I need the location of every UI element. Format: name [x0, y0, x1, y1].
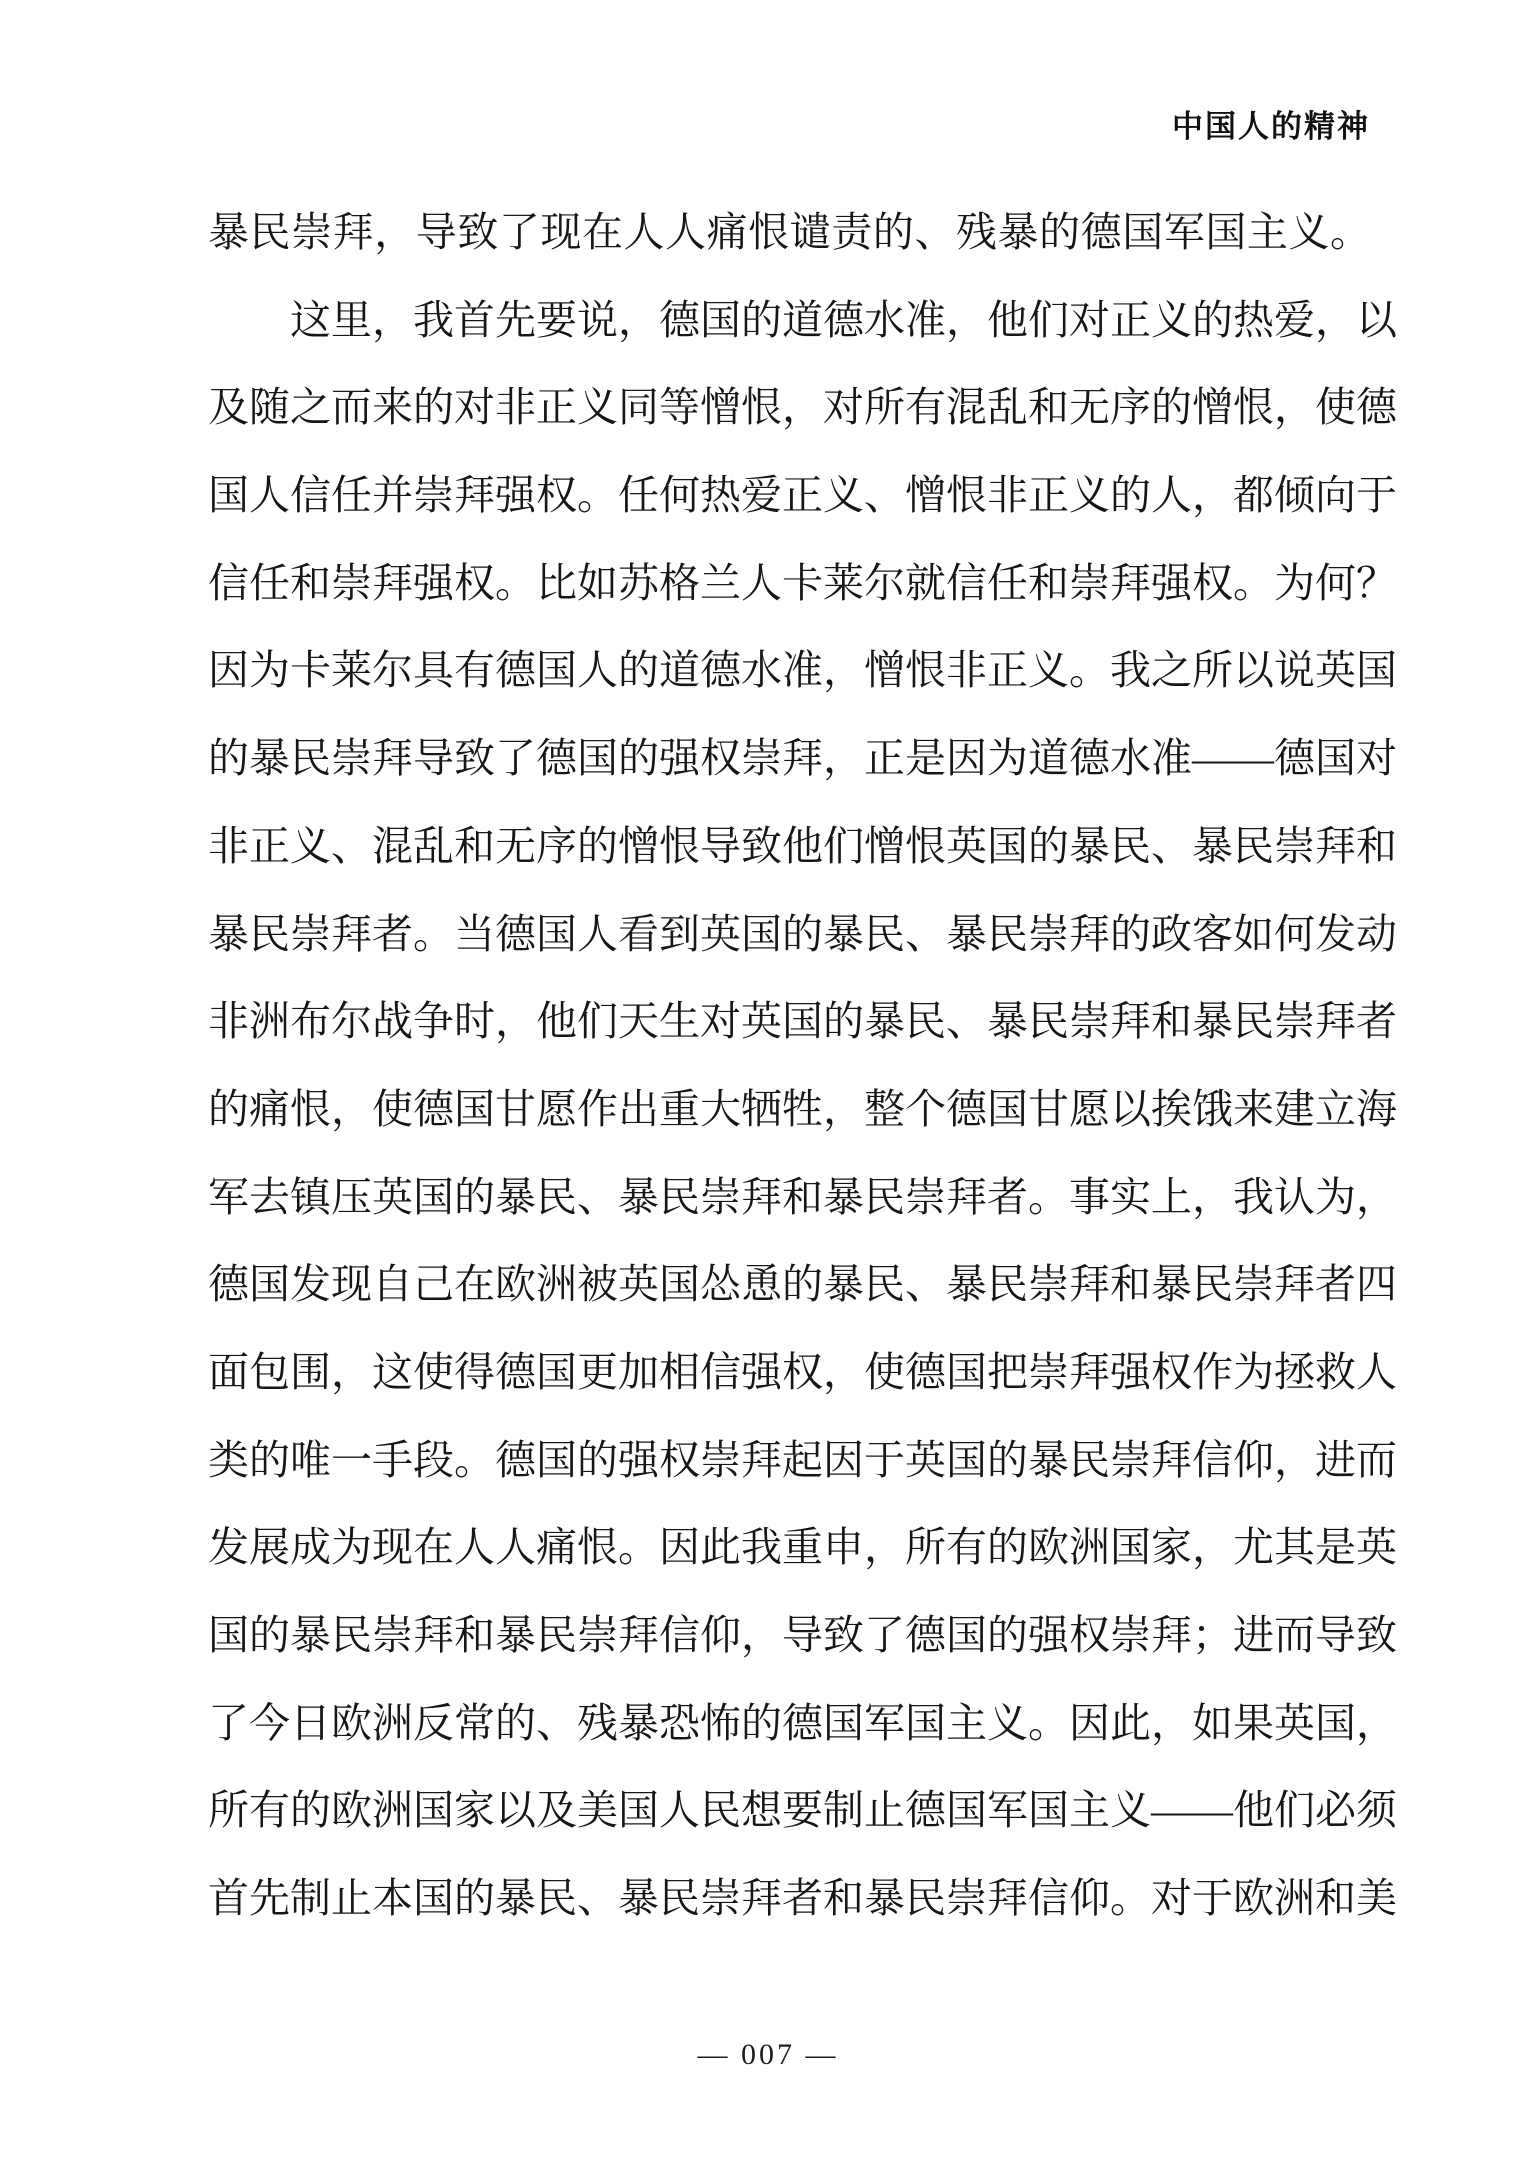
text-line: 的痛恨，使德国甘愿作出重大牺牲，整个德国甘愿以挨饿来建立海 [208, 1066, 1371, 1154]
page-number: — 007 — [0, 2038, 1536, 2072]
text-line: 非洲布尔战争时，他们天生对英国的暴民、暴民崇拜和暴民崇拜者 [208, 978, 1371, 1066]
text-line: 军去镇压英国的暴民、暴民崇拜和暴民崇拜者。事实上，我认为， [208, 1154, 1371, 1242]
running-header-title: 中国人的精神 [1172, 101, 1370, 146]
text-line: 暴民崇拜，导致了现在人人痛恨谴责的、残暴的德国军国主义。 [208, 189, 1371, 277]
text-line: 非正义、混乱和无序的憎恨导致他们憎恨英国的暴民、暴民崇拜和 [208, 803, 1371, 891]
text-line: 德国发现自己在欧洲被英国怂恿的暴民、暴民崇拜和暴民崇拜者四 [208, 1241, 1371, 1329]
book-page: 中国人的精神 暴民崇拜，导致了现在人人痛恨谴责的、残暴的德国军国主义。 这里，我… [0, 0, 1536, 2182]
text-line: 发展成为现在人人痛恨。因此我重申，所有的欧洲国家，尤其是英 [208, 1504, 1371, 1592]
text-line: 信任和崇拜强权。比如苏格兰人卡莱尔就信任和崇拜强权。为何？ [208, 540, 1371, 628]
text-line: 的暴民崇拜导致了德国的强权崇拜，正是因为道德水准——德国对 [208, 715, 1371, 803]
text-line: 暴民崇拜者。当德国人看到英国的暴民、暴民崇拜的政客如何发动 [208, 891, 1371, 979]
text-line: 所有的欧洲国家以及美国人民想要制止德国军国主义——他们必须 [208, 1767, 1371, 1855]
text-line: 因为卡莱尔具有德国人的道德水准，憎恨非正义。我之所以说英国 [208, 627, 1371, 715]
text-line: 类的唯一手段。德国的强权崇拜起因于英国的暴民崇拜信仰，进而 [208, 1417, 1371, 1505]
body-text: 暴民崇拜，导致了现在人人痛恨谴责的、残暴的德国军国主义。 这里，我首先要说，德国… [208, 189, 1371, 1943]
text-line: 首先制止本国的暴民、暴民崇拜者和暴民崇拜信仰。对于欧洲和美 [208, 1855, 1371, 1943]
text-line: 了今日欧洲反常的、残暴恐怖的德国军国主义。因此，如果英国， [208, 1680, 1371, 1768]
text-line: 国的暴民崇拜和暴民崇拜信仰，导致了德国的强权崇拜；进而导致 [208, 1592, 1371, 1680]
text-line-paragraph-start: 这里，我首先要说，德国的道德水准，他们对正义的热爱，以 [208, 277, 1371, 365]
text-line: 面包围，这使得德国更加相信强权，使德国把崇拜强权作为拯救人 [208, 1329, 1371, 1417]
text-line: 及随之而来的对非正义同等憎恨，对所有混乱和无序的憎恨，使德 [208, 364, 1371, 452]
text-line: 国人信任并崇拜强权。任何热爱正义、憎恨非正义的人，都倾向于 [208, 452, 1371, 540]
